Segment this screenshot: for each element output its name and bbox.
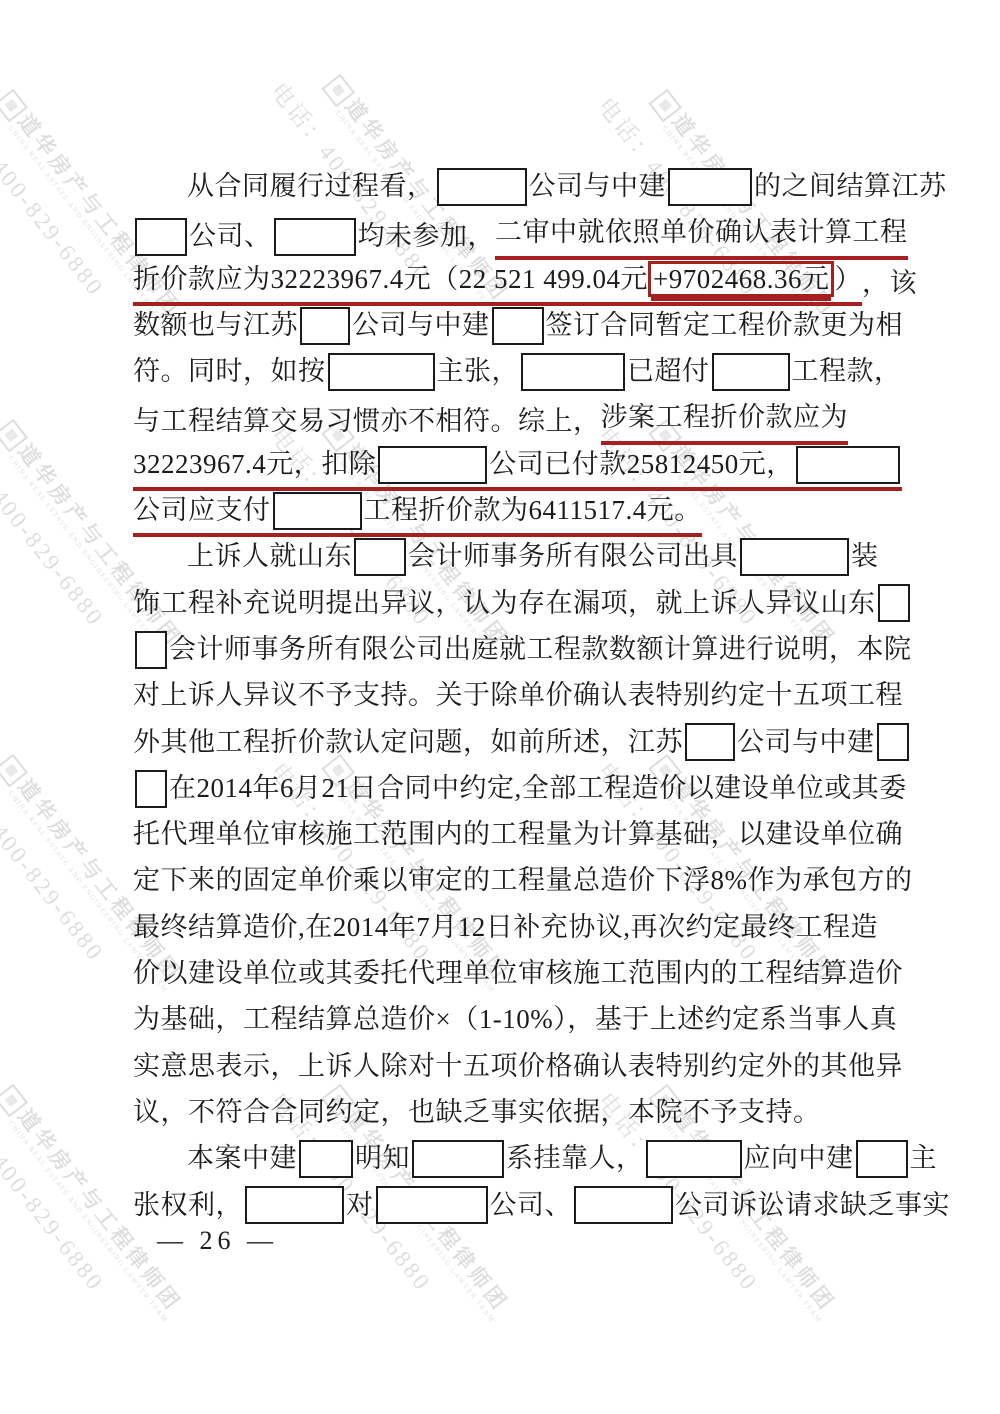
document-line: 定下来的固定单价乘以审定的工程量总造价下浮8%作为承包方的 bbox=[133, 857, 893, 903]
text-segment: 托代理单位审核施工范围内的工程量为计算基础，以建设单位确 bbox=[133, 819, 903, 849]
text-segment: 装 bbox=[851, 541, 879, 571]
text-segment: 对上诉人异议不予支持。关于除单价确认表特别约定十五项工程 bbox=[133, 680, 903, 710]
red-underlined-text: 涉案工程折价款应为 bbox=[601, 394, 849, 444]
text-segment: 系挂靠人， bbox=[506, 1143, 644, 1173]
text-segment: 最终结算造价,在2014年7月12日补充协议,再次约定最终工程造 bbox=[133, 912, 878, 942]
redaction-box bbox=[685, 723, 735, 761]
document-line: 本案中建明知系挂靠人，应向中建主 bbox=[133, 1135, 893, 1181]
document-line: 折价款应为32223967.4元（22 521 499.04元+9702468.… bbox=[133, 256, 893, 302]
text-segment: 公司与中建 bbox=[529, 171, 667, 201]
red-underlined-text: 二审中就依照单价确认表计算工程 bbox=[495, 209, 908, 259]
text-segment: 上诉人就山东 bbox=[187, 541, 352, 571]
text-segment: 二审中就依照单价确认表计算工程 bbox=[495, 217, 908, 247]
text-segment: 公司、 bbox=[490, 1190, 573, 1220]
redaction-box bbox=[878, 584, 910, 622]
redaction-box bbox=[412, 1140, 504, 1178]
text-segment: ，该 bbox=[862, 268, 917, 298]
red-underlined-text: 32223967.4元，扣除公司已付款25812450元， bbox=[133, 441, 902, 491]
document-line: 实意思表示，上诉人除对十五项价格确认表特别约定外的其他异 bbox=[133, 1043, 893, 1089]
page-number: — 26 — bbox=[157, 1226, 278, 1256]
text-segment: 定下来的固定单价乘以审定的工程量总造价下浮8%作为承包方的 bbox=[133, 865, 913, 895]
text-segment: 应向中建 bbox=[744, 1143, 854, 1173]
document-line: 32223967.4元，扣除公司已付款25812450元， bbox=[133, 441, 893, 487]
redaction-box bbox=[796, 446, 900, 484]
document-line: 公司应支付工程折价款为6411517.4元。 bbox=[133, 487, 893, 533]
lawfirm-logo-icon: ▦ bbox=[0, 89, 28, 123]
document-line: 议，不符合合同约定，也缺乏事实依据，本院不予支持。 bbox=[133, 1089, 893, 1135]
document-line: 饰工程补充说明提出异议，认为存在漏项，就上诉人异议山东 bbox=[133, 580, 893, 626]
document-line: 价以建设单位或其委托代理单位审核施工范围内的工程结算造价 bbox=[133, 950, 893, 996]
text-segment: 对 bbox=[346, 1190, 374, 1220]
text-segment: 明知 bbox=[355, 1143, 410, 1173]
text-segment: 本案中建 bbox=[187, 1143, 297, 1173]
text-segment: ） bbox=[834, 264, 862, 294]
redaction-box bbox=[437, 168, 527, 206]
redaction-box bbox=[135, 770, 167, 808]
redaction-box bbox=[376, 1186, 488, 1224]
redaction-box bbox=[646, 1140, 742, 1178]
watermark-phone: 电话：400-829-6880 bbox=[0, 90, 155, 356]
text-segment: 外其他工程折价款认定问题，如前所述，江苏 bbox=[133, 727, 683, 757]
red-box-highlight: +9702468.36元 bbox=[648, 261, 834, 297]
watermark-phone: 电话：400-829-6880 bbox=[0, 1085, 155, 1351]
document-line: 数额也与江苏公司与中建签订合同暂定工程价款更为相 bbox=[133, 302, 893, 348]
text-segment: 公司与中建 bbox=[352, 310, 490, 340]
watermark-phone: 电话：400-829-6880 bbox=[0, 420, 155, 686]
redaction-box bbox=[245, 1186, 344, 1224]
text-segment: 的之间结算江苏 bbox=[754, 171, 947, 201]
document-line: 符。同时，如按主张，已超付工程款， bbox=[133, 348, 893, 394]
text-segment: 议，不符合合同约定，也缺乏事实依据，本院不予支持。 bbox=[133, 1097, 821, 1127]
text-segment: 公司应支付 bbox=[133, 495, 271, 525]
redaction-box bbox=[877, 723, 909, 761]
document-line: 公司、均未参加，二审中就依照单价确认表计算工程 bbox=[133, 209, 893, 255]
text-segment: 与工程结算交易习惯亦不相符。综上， bbox=[133, 406, 601, 436]
redaction-box bbox=[135, 218, 187, 256]
redaction-box bbox=[300, 307, 350, 345]
text-segment: 实意思表示，上诉人除对十五项价格确认表特别约定外的其他异 bbox=[133, 1051, 903, 1081]
document-line: 与工程结算交易习惯亦不相符。综上，涉案工程折价款应为 bbox=[133, 394, 893, 440]
text-segment: 公司诉讼请求缺乏事实 bbox=[675, 1190, 950, 1220]
text-segment: 价以建设单位或其委托代理单位审核施工范围内的工程结算造价 bbox=[133, 958, 903, 988]
redaction-box bbox=[712, 353, 790, 391]
text-segment: 工程款， bbox=[792, 356, 902, 386]
text-segment: 公司已付款25812450元， bbox=[489, 449, 794, 479]
text-segment: 从合同履行过程看， bbox=[187, 171, 435, 201]
document-line: 会计师事务所有限公司出庭就工程款数额计算进行说明，本院 bbox=[133, 626, 893, 672]
document-line: 最终结算造价,在2014年7月12日补充协议,再次约定最终工程造 bbox=[133, 904, 893, 950]
redaction-box bbox=[378, 446, 487, 484]
document-body: 从合同履行过程看，公司与中建的之间结算江苏公司、均未参加，二审中就依照单价确认表… bbox=[133, 163, 893, 1228]
text-segment: 签订合同暂定工程价款更为相 bbox=[546, 310, 904, 340]
lawfirm-logo-icon: ▦ bbox=[0, 754, 28, 788]
red-underlined-text: 公司应支付工程折价款为6411517.4元。 bbox=[133, 487, 702, 537]
redaction-box bbox=[740, 538, 849, 576]
document-line: 张权利，对公司、公司诉讼请求缺乏事实 bbox=[133, 1182, 893, 1228]
text-segment: 主 bbox=[910, 1143, 938, 1173]
lawfirm-logo-icon: ▦ bbox=[321, 74, 355, 108]
text-segment: 饰工程补充说明提出异议，认为存在漏项，就上诉人异议山东 bbox=[133, 588, 876, 618]
redaction-box bbox=[354, 538, 406, 576]
redaction-box bbox=[274, 218, 356, 256]
redaction-box bbox=[492, 307, 544, 345]
text-segment: 公司与中建 bbox=[737, 727, 875, 757]
text-segment: 均未参加， bbox=[358, 221, 496, 251]
lawfirm-logo-icon: ▦ bbox=[0, 419, 28, 453]
redaction-box bbox=[273, 492, 362, 530]
redaction-box bbox=[856, 1140, 908, 1178]
text-segment: 涉案工程折价款应为 bbox=[601, 402, 849, 432]
red-underlined-text: 折价款应为32223967.4元（22 521 499.04元+9702468.… bbox=[133, 256, 862, 306]
text-segment: 折价款应为32223967.4元（22 521 499.04元 bbox=[133, 264, 648, 294]
text-segment: 32223967.4元，扣除 bbox=[133, 449, 376, 479]
text-segment: 张权利， bbox=[133, 1190, 243, 1220]
watermark-phone: 电话：400-829-6880 bbox=[0, 755, 155, 1021]
redaction-box bbox=[299, 1140, 353, 1178]
document-line: 外其他工程折价款认定问题，如前所述，江苏公司与中建 bbox=[133, 719, 893, 765]
redaction-box bbox=[521, 353, 625, 391]
document-line: 对上诉人异议不予支持。关于除单价确认表特别约定十五项工程 bbox=[133, 672, 893, 718]
text-segment: 会计师事务所有限公司出庭就工程款数额计算进行说明，本院 bbox=[169, 634, 912, 664]
text-segment: 工程折价款为6411517.4元。 bbox=[364, 495, 702, 525]
text-segment: 已超付 bbox=[627, 356, 710, 386]
text-segment: 在2014年6月21日合同中约定,全部工程造价以建设单位或其委 bbox=[169, 773, 907, 803]
document-line: 上诉人就山东会计师事务所有限公司出具装 bbox=[133, 533, 893, 579]
redaction-box bbox=[574, 1186, 673, 1224]
document-line: 为基础，工程结算总造价×（1-10%），基于上述约定系当事人真 bbox=[133, 996, 893, 1042]
lawfirm-logo-icon: ▦ bbox=[648, 89, 682, 123]
redaction-box bbox=[328, 353, 435, 391]
text-segment: 公司、 bbox=[189, 221, 272, 251]
lawfirm-logo-icon: ▦ bbox=[0, 1084, 28, 1118]
text-segment: 会计师事务所有限公司出具 bbox=[408, 541, 738, 571]
document-line: 从合同履行过程看，公司与中建的之间结算江苏 bbox=[133, 163, 893, 209]
text-segment: 数额也与江苏 bbox=[133, 310, 298, 340]
document-line: 在2014年6月21日合同中约定,全部工程造价以建设单位或其委 bbox=[133, 765, 893, 811]
text-segment: 主张， bbox=[437, 356, 520, 386]
redaction-box bbox=[135, 631, 167, 669]
document-line: 托代理单位审核施工范围内的工程量为计算基础，以建设单位确 bbox=[133, 811, 893, 857]
redaction-box bbox=[668, 168, 752, 206]
text-segment: 符。同时，如按 bbox=[133, 356, 326, 386]
text-segment: 为基础，工程结算总造价×（1-10%），基于上述约定系当事人真 bbox=[133, 1004, 897, 1034]
